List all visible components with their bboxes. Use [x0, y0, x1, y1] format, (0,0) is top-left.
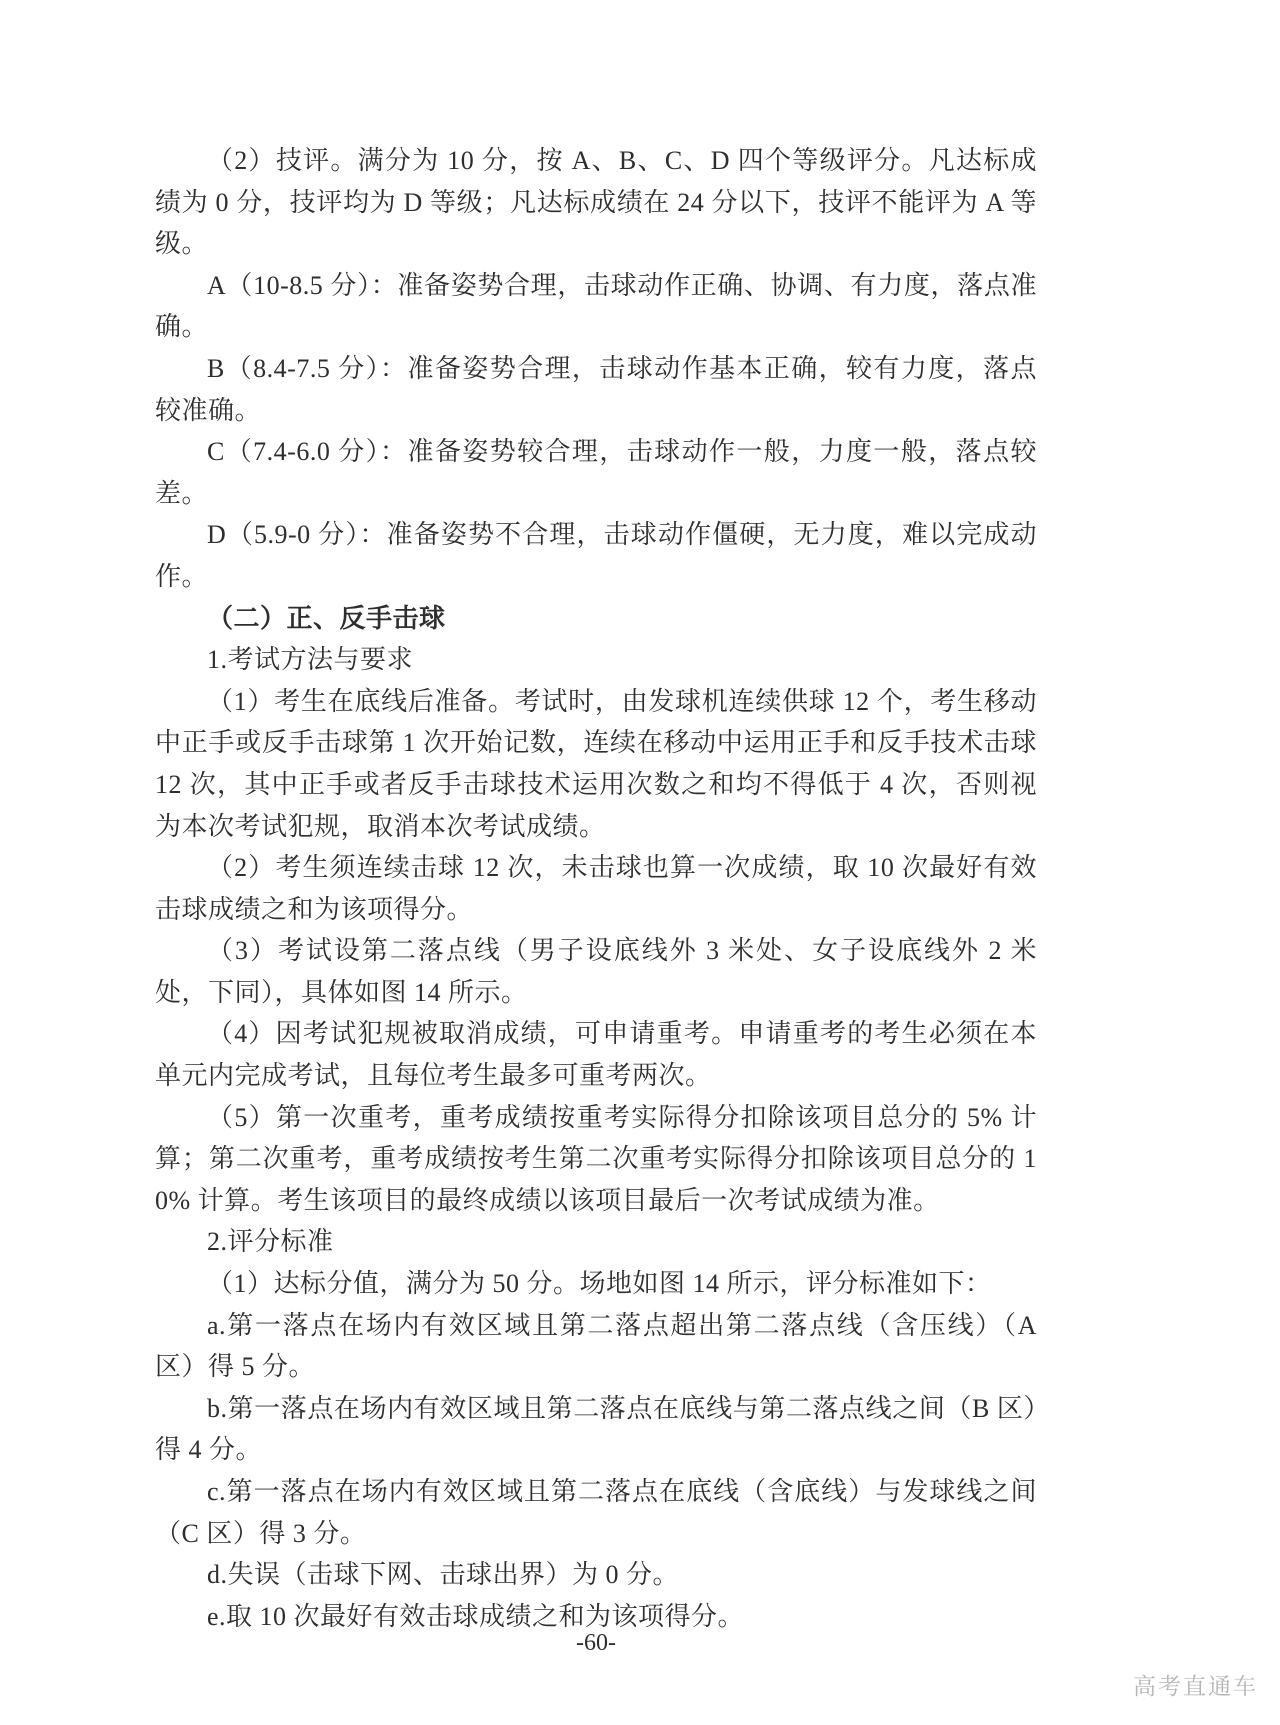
paragraph-scoring-d: d.失误（击球下网、击球出界）为 0 分。 [155, 1554, 1037, 1596]
paragraph-scoring-a: a.第一落点在场内有效区域且第二落点超出第二落点线（含压线）（A 区）得 5 分… [155, 1305, 1037, 1388]
paragraph-scoring-1: （1）达标分值，满分为 50 分。场地如图 14 所示，评分标准如下： [155, 1263, 1037, 1305]
watermark-gaokao-express: 高考直通车 [1133, 1668, 1258, 1701]
document-page: （2）技评。满分为 10 分，按 A、B、C、D 四个等级评分。凡达标成绩为 0… [0, 0, 1280, 1725]
paragraph-grade-a: A（10-8.5 分）：准备姿势合理，击球动作正确、协调、有力度，落点准确。 [155, 265, 1037, 348]
paragraph-method-5: （5）第一次重考，重考成绩按重考实际得分扣除该项目总分的 5% 计算；第二次重考… [155, 1097, 1037, 1222]
paragraph-scoring-c: c.第一落点在场内有效区域且第二落点在底线（含底线）与发球线之间（C 区）得 3… [155, 1471, 1037, 1554]
paragraph-skill-evaluation: （2）技评。满分为 10 分，按 A、B、C、D 四个等级评分。凡达标成绩为 0… [155, 140, 1037, 265]
paragraph-grade-c: C（7.4-6.0 分）：准备姿势较合理，击球动作一般，力度一般，落点较差。 [155, 431, 1037, 514]
paragraph-grade-d: D（5.9-0 分）：准备姿势不合理，击球动作僵硬，无力度，难以完成动作。 [155, 514, 1037, 597]
subheading-exam-method: 1.考试方法与要求 [155, 639, 1037, 681]
paragraph-scoring-b: b.第一落点在场内有效区域且第二落点在底线与第二落点线之间（B 区）得 4 分。 [155, 1388, 1037, 1471]
paragraph-method-4: （4）因考试犯规被取消成绩，可申请重考。申请重考的考生必须在本单元内完成考试，且… [155, 1013, 1037, 1096]
paragraph-grade-b: B（8.4-7.5 分）：准备姿势合理，击球动作基本正确，较有力度，落点较准确。 [155, 348, 1037, 431]
paragraph-method-1: （1）考生在底线后准备。考试时，由发球机连续供球 12 个，考生移动中正手或反手… [155, 681, 1037, 847]
paragraph-method-3: （3）考试设第二落点线（男子设底线外 3 米处、女子设底线外 2 米处，下同），… [155, 930, 1037, 1013]
subheading-scoring-standard: 2.评分标准 [155, 1221, 1037, 1263]
page-number: -60- [155, 1630, 1037, 1657]
page-body-text: （2）技评。满分为 10 分，按 A、B、C、D 四个等级评分。凡达标成绩为 0… [155, 140, 1037, 1637]
section-heading-forehand-backhand: （二）正、反手击球 [155, 598, 1037, 640]
paragraph-method-2: （2）考生须连续击球 12 次，未击球也算一次成绩，取 10 次最好有效击球成绩… [155, 847, 1037, 930]
